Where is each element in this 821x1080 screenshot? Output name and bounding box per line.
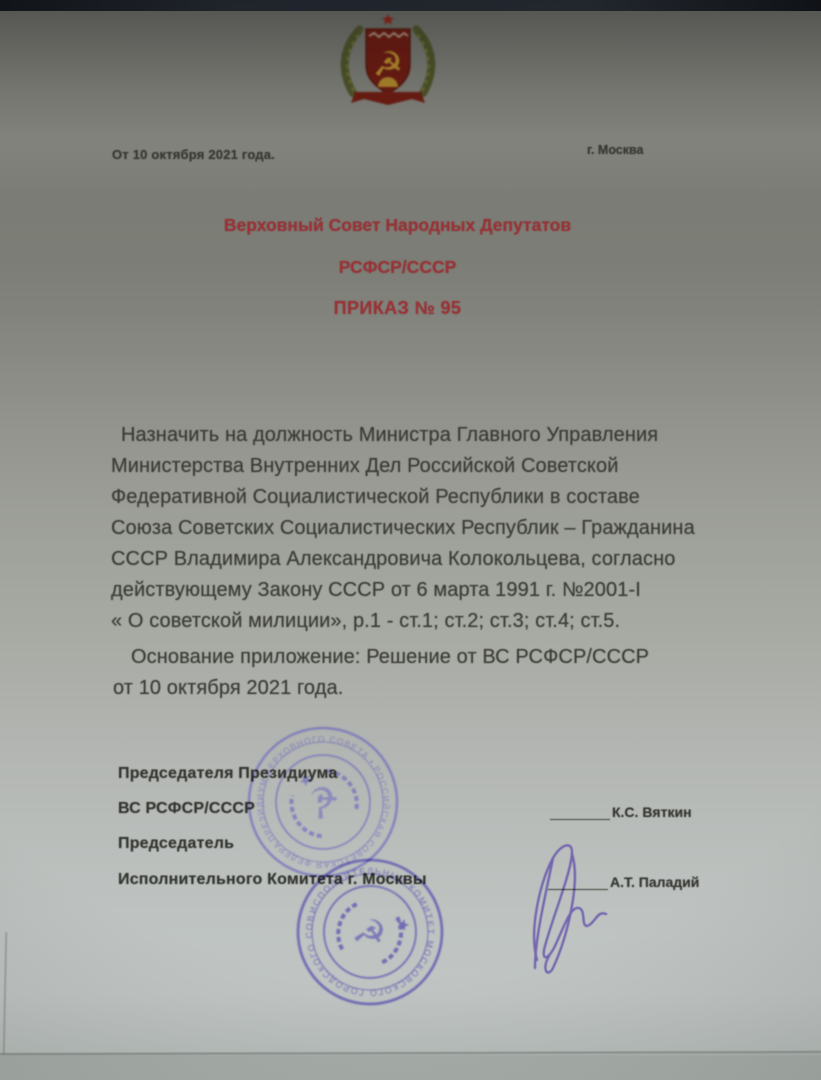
body-line: действующему Закону СССР от 6 марта 1991… xyxy=(111,575,751,606)
paper-left-edge xyxy=(3,932,7,1054)
title-organization: Верховный Совет Народных Депутатов xyxy=(0,215,808,236)
body-line: Основание приложение: Решение от ВС РСФС… xyxy=(113,642,753,673)
title-order-number: ПРИКАЗ № 95 xyxy=(0,298,808,319)
document-photo: ☭ От 10 октября 2021 года. г. Москва Вер… xyxy=(0,0,821,1080)
body-line: СССР Владимира Александровича Колокольце… xyxy=(111,544,751,575)
rsfsr-coat-of-arms-icon: ☭ xyxy=(338,13,438,107)
paragraph-basis: Основание приложение: Решение от ВС РСФС… xyxy=(113,642,753,704)
body-line: Союза Советских Социалистических Республ… xyxy=(111,513,751,544)
signer-title-chairman: Председатель xyxy=(118,835,234,853)
wreath-left-icon xyxy=(345,28,361,93)
ribbon-icon xyxy=(351,92,425,105)
body-line: « О советской милиции», р.1 - ст.1; ст.2… xyxy=(111,606,751,637)
wreath-right-icon xyxy=(415,28,431,93)
signer-name-vyatkin: К.С. Вяткин xyxy=(612,804,692,820)
body-line: от 10 октября 2021 года. xyxy=(113,673,753,704)
body-line: Федеративной Социалистической Республики… xyxy=(111,482,751,513)
title-republic: РСФСР/СССР xyxy=(0,257,808,278)
hammer-sickle-icon: ☭ xyxy=(348,908,391,957)
paper-bottom-edge xyxy=(0,1051,821,1055)
handwritten-signature xyxy=(523,820,633,975)
red-star-icon xyxy=(382,14,394,25)
signature-row-vyatkin: К.С. Вяткин xyxy=(550,804,692,820)
body-line: Назначить на должность Министра Главного… xyxy=(111,420,751,451)
signature-line xyxy=(550,804,610,820)
photo-top-bar xyxy=(0,0,821,11)
paragraph-appointment: Назначить на должность Министра Главного… xyxy=(111,420,751,637)
body-line: Министерства Внутренних Дел Российской С… xyxy=(111,451,751,482)
document-date: От 10 октября 2021 года. xyxy=(112,147,275,162)
document-place: г. Москва xyxy=(587,143,643,157)
paper-sheet: ☭ От 10 октября 2021 года. г. Москва Вер… xyxy=(0,0,821,1080)
